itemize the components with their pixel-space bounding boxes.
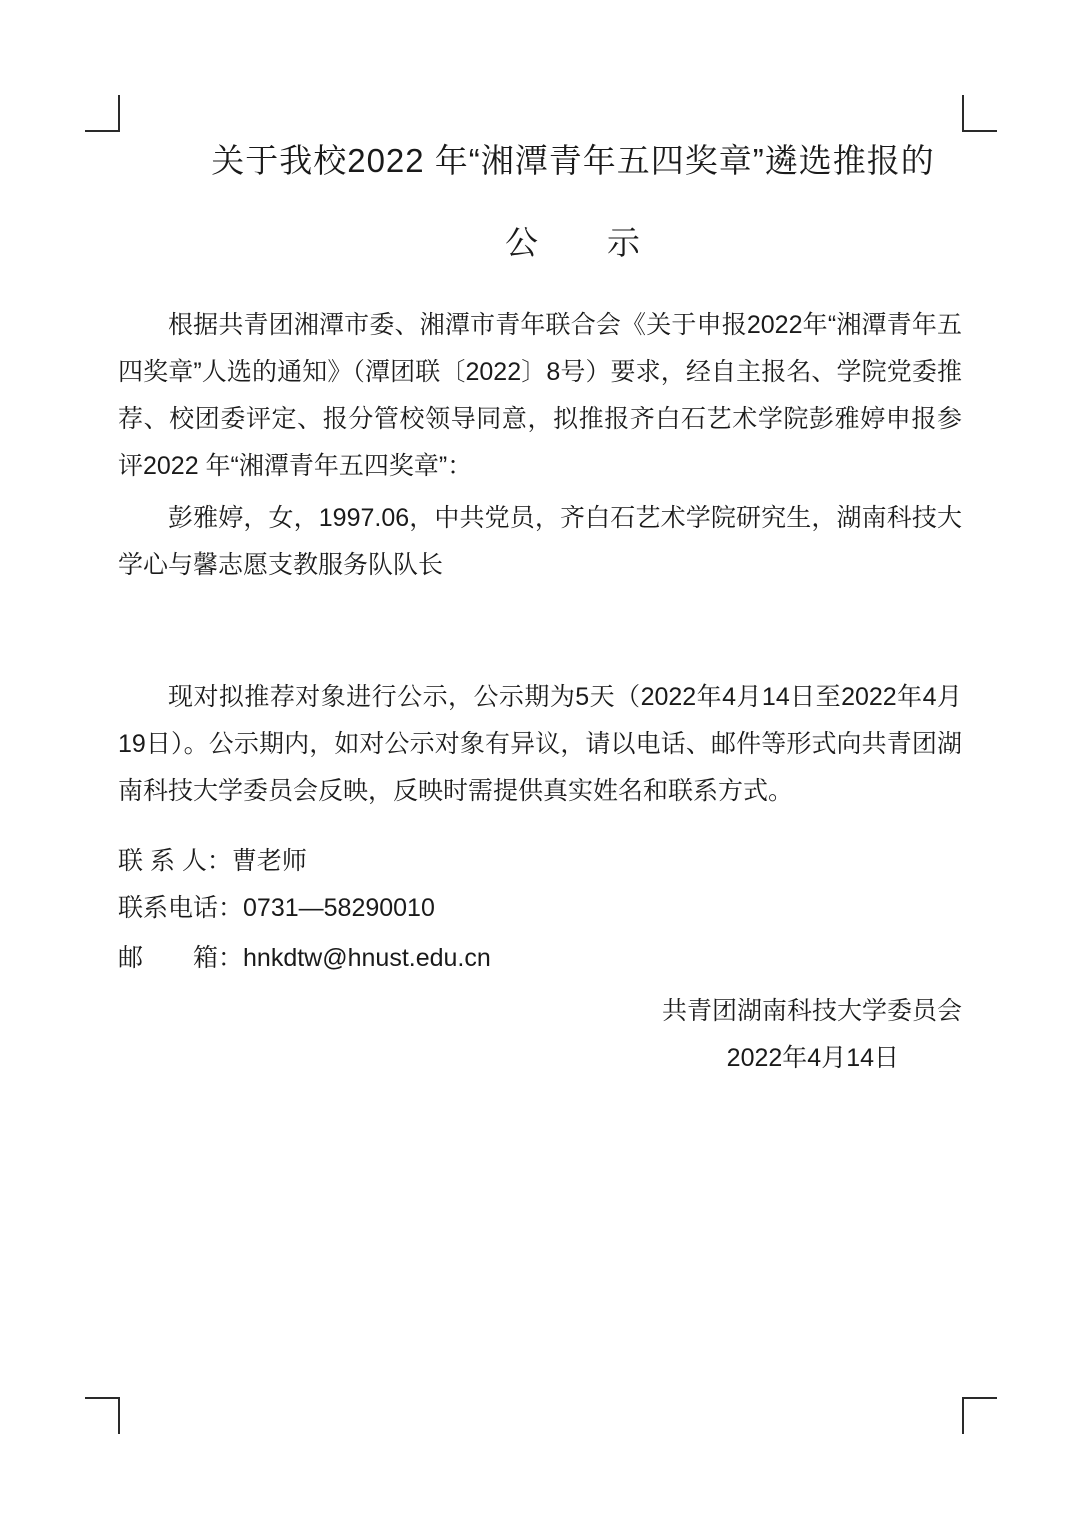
contact-email-label: 邮 箱： [118, 944, 243, 972]
crop-mark-bottom-left-icon [85, 1397, 120, 1434]
document-page: 关于我校2022 年“湘潭青年五四奖章”遴选推报的 公 示 根据共青团湘潭市委、… [0, 0, 1080, 1527]
paragraph-candidate: 彭雅婷，女，1997.06，中共党员，齐白石艺术学院研究生，湖南科技大学心与馨志… [118, 495, 962, 589]
contact-person-row: 联 系 人：曹老师 [118, 846, 962, 876]
crop-mark-top-right-icon [962, 95, 997, 132]
contact-email-value: hnkdtw@hnust.edu.cn [243, 944, 491, 972]
crop-mark-top-left-icon [85, 95, 120, 132]
contact-person-value: 曹老师 [232, 847, 307, 875]
contact-person-label: 联 系 人： [118, 847, 232, 875]
contact-phone-label: 联系电话： [118, 894, 243, 922]
document-title-line-1: 关于我校2022 年“湘潭青年五四奖章”遴选推报的 [151, 141, 995, 181]
paragraph-basis: 根据共青团湘潭市委、湘潭市青年联合会《关于申报2022年“湘潭青年五四奖章”人选… [118, 302, 962, 490]
signature-organization: 共青团湖南科技大学委员会 [118, 996, 962, 1026]
document-title-line-2: 公 示 [151, 223, 995, 263]
contact-phone-value: 0731—58290010 [243, 894, 435, 922]
paragraph-publicity: 现对拟推荐对象进行公示，公示期为5天（2022年4月14日至2022年4月19日… [118, 674, 962, 815]
contact-email-row: 邮 箱：hnkdtw@hnust.edu.cn [118, 943, 962, 973]
contact-phone-row: 联系电话：0731—58290010 [118, 893, 962, 923]
signature-date: 2022年4月14日 [118, 1043, 962, 1073]
crop-mark-bottom-right-icon [962, 1397, 997, 1434]
